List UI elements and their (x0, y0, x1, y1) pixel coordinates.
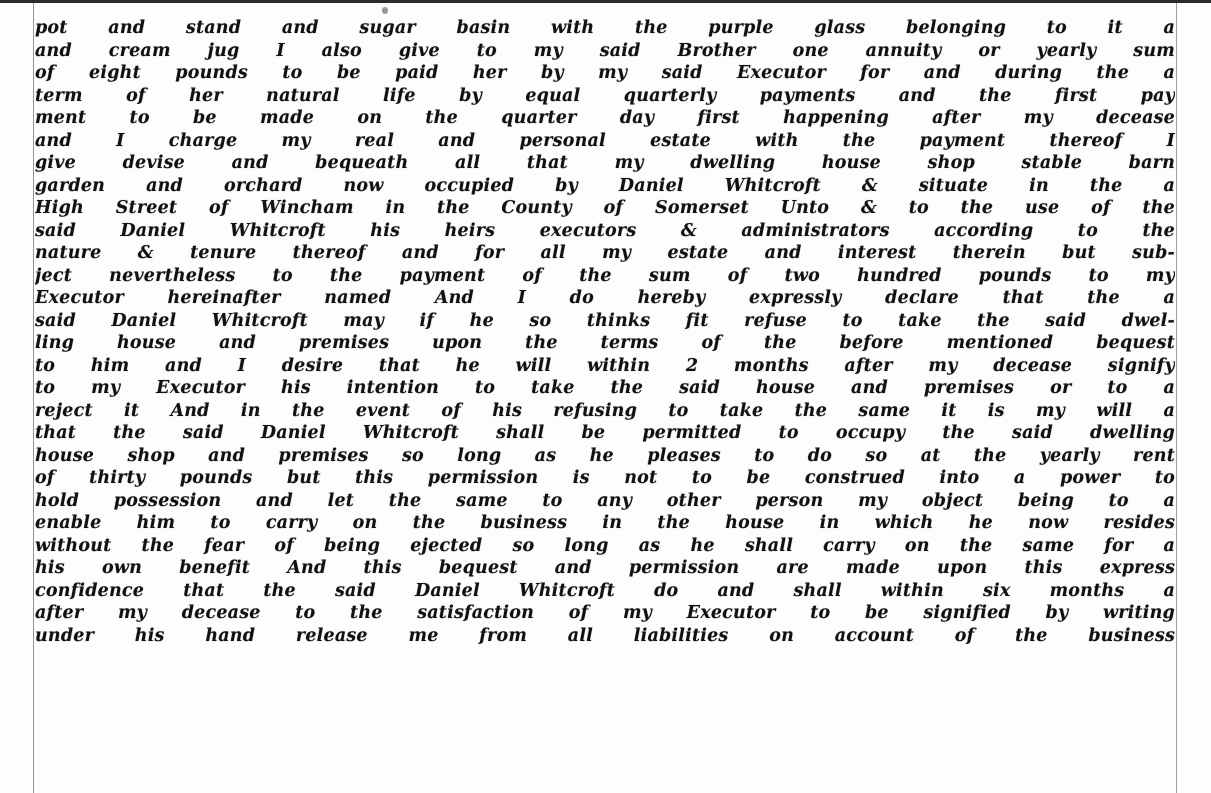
text-line: ject nevertheless to the payment of the … (35, 265, 1175, 288)
text-line: after my decease to the satisfaction of … (35, 602, 1175, 625)
text-line: garden and orchard now occupied by Danie… (35, 175, 1175, 198)
text-line: said Daniel Whitcroft may if he so think… (35, 310, 1175, 333)
text-line: to my Executor his intention to take the… (35, 377, 1175, 400)
text-line: reject it And in the event of his refusi… (35, 400, 1175, 423)
text-line: without the fear of being ejected so lon… (35, 535, 1175, 558)
text-line: pot and stand and sugar basin with the p… (35, 17, 1175, 40)
document-scan: pot and stand and sugar basin with the p… (0, 3, 1211, 793)
text-line: and I charge my real and personal estate… (35, 130, 1175, 153)
text-line: term of her natural life by equal quarte… (35, 85, 1175, 108)
text-line: of thirty pounds but this permission is … (35, 467, 1175, 490)
text-line: that the said Daniel Whitcroft shall be … (35, 422, 1175, 445)
text-line: give devise and bequeath all that my dwe… (35, 152, 1175, 175)
right-margin-rule (1176, 3, 1177, 793)
text-line: and cream jug I also give to my said Bro… (35, 40, 1175, 63)
handwritten-text-block: pot and stand and sugar basin with the p… (35, 17, 1175, 647)
ink-blot (382, 7, 388, 14)
text-line: under his hand release me from all liabi… (35, 625, 1175, 648)
text-line: ment to be made on the quarter day first… (35, 107, 1175, 130)
text-line: enable him to carry on the business in t… (35, 512, 1175, 535)
text-line: confidence that the said Daniel Whitcrof… (35, 580, 1175, 603)
text-line: High Street of Wincham in the County of … (35, 197, 1175, 220)
text-line: his own benefit And this bequest and per… (35, 557, 1175, 580)
text-line: Executor hereinafter named And I do here… (35, 287, 1175, 310)
text-line: house shop and premises so long as he pl… (35, 445, 1175, 468)
text-line: nature & tenure thereof and for all my e… (35, 242, 1175, 265)
text-line: to him and I desire that he will within … (35, 355, 1175, 378)
left-margin-rule (33, 3, 34, 793)
text-line: hold possession and let the same to any … (35, 490, 1175, 513)
text-line: said Daniel Whitcroft his heirs executor… (35, 220, 1175, 243)
text-line: ling house and premises upon the terms o… (35, 332, 1175, 355)
text-line: of eight pounds to be paid her by my sai… (35, 62, 1175, 85)
